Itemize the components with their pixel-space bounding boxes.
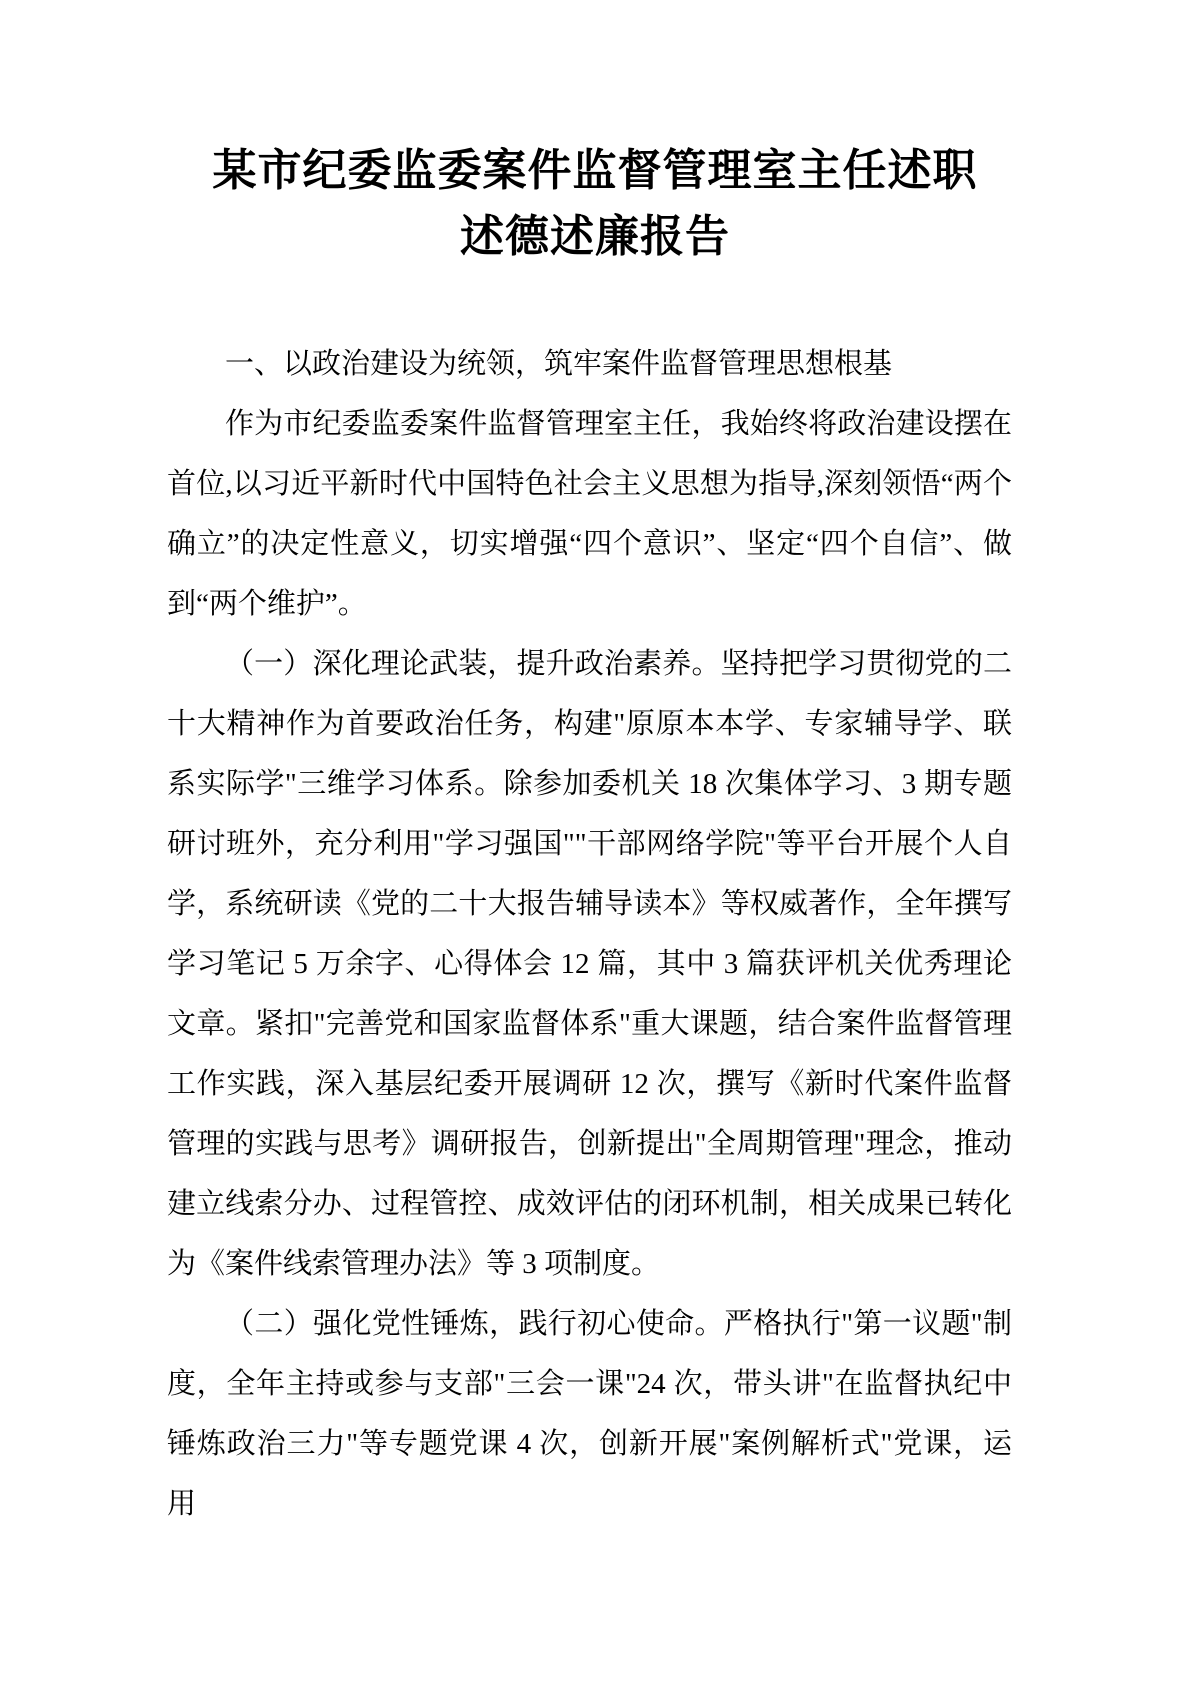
document-page: 某市纪委监委案件监督管理室主任述职述德述廉报告 一、以政治建设为统领，筑牢案件监… xyxy=(0,0,1190,1683)
paragraph: （一）深化理论武装，提升政治素养。坚持把学习贯彻党的二十大精神作为首要政治任务，… xyxy=(167,634,1012,1294)
document-body: 一、以政治建设为统领，筑牢案件监督管理思想根基 作为市纪委监委案件监督管理室主任… xyxy=(0,334,1190,1534)
document-title: 某市纪委监委案件监督管理室主任述职述德述廉报告 xyxy=(195,138,995,270)
section-heading: 一、以政治建设为统领，筑牢案件监督管理思想根基 xyxy=(167,334,1012,394)
paragraph: 作为市纪委监委案件监督管理室主任，我始终将政治建设摆在首位,以习近平新时代中国特… xyxy=(167,394,1012,634)
paragraph: （二）强化党性锤炼，践行初心使命。严格执行"第一议题"制度，全年主持或参与支部"… xyxy=(167,1294,1012,1534)
